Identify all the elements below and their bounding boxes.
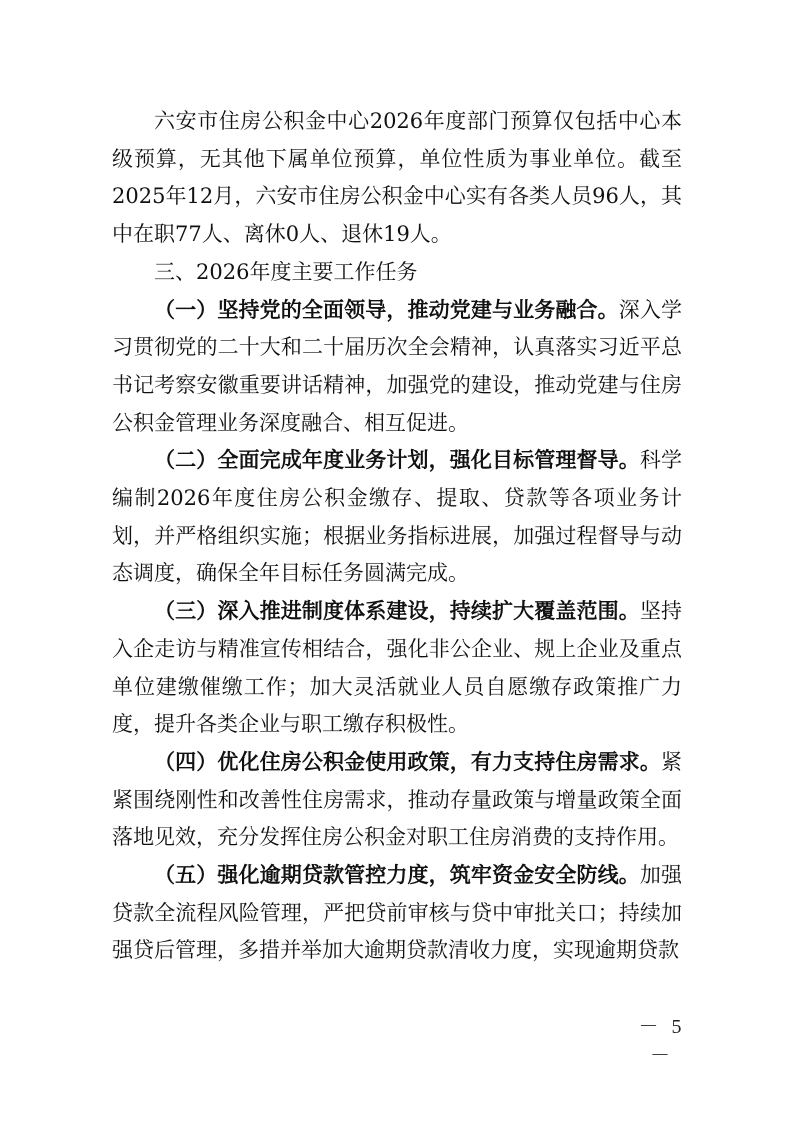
task-paragraph-2: （二）全面完成年度业务计划，强化目标管理督导。科学编制2026年度住房公积金缴存…: [112, 442, 682, 593]
task-4-title: （四）优化住房公积金使用政策，有力支持住房需求。: [154, 750, 661, 774]
page-number: － 5 －: [632, 1010, 692, 1068]
task-paragraph-3: （三）深入推进制度体系建设，持续扩大覆盖范围。坚持入企走访与精准宣传相结合，强化…: [112, 593, 682, 744]
task-1-title: （一）坚持党的全面领导，推动党建与业务融合。: [154, 298, 619, 322]
document-body: 六安市住房公积金中心2026年度部门预算仅包括中心本级预算，无其他下属单位预算，…: [112, 103, 682, 970]
section-heading: 三、2026年度主要工作任务: [112, 254, 682, 292]
task-5-title: （五）强化逾期贷款管控力度，筑牢资金安全防线。: [154, 863, 640, 887]
document-page: 六安市住房公积金中心2026年度部门预算仅包括中心本级预算，无其他下属单位预算，…: [0, 0, 793, 1122]
task-2-title: （二）全面完成年度业务计划，强化目标管理督导。: [154, 448, 640, 472]
task-3-title: （三）深入推进制度体系建设，持续扩大覆盖范围。: [154, 599, 640, 623]
section-heading-text: 三、2026年度主要工作任务: [154, 260, 417, 284]
intro-text: 六安市住房公积金中心2026年度部门预算仅包括中心本级预算，无其他下属单位预算，…: [112, 109, 682, 246]
task-paragraph-1: （一）坚持党的全面领导，推动党建与业务融合。深入学习贯彻党的二十大和二十届历次全…: [112, 292, 682, 443]
intro-paragraph: 六安市住房公积金中心2026年度部门预算仅包括中心本级预算，无其他下属单位预算，…: [112, 103, 682, 254]
task-paragraph-4: （四）优化住房公积金使用政策，有力支持住房需求。紧紧围绕刚性和改善性住房需求，推…: [112, 744, 682, 857]
task-paragraph-5: （五）强化逾期贷款管控力度，筑牢资金安全防线。加强贷款全流程风险管理，严把贷前审…: [112, 857, 682, 970]
